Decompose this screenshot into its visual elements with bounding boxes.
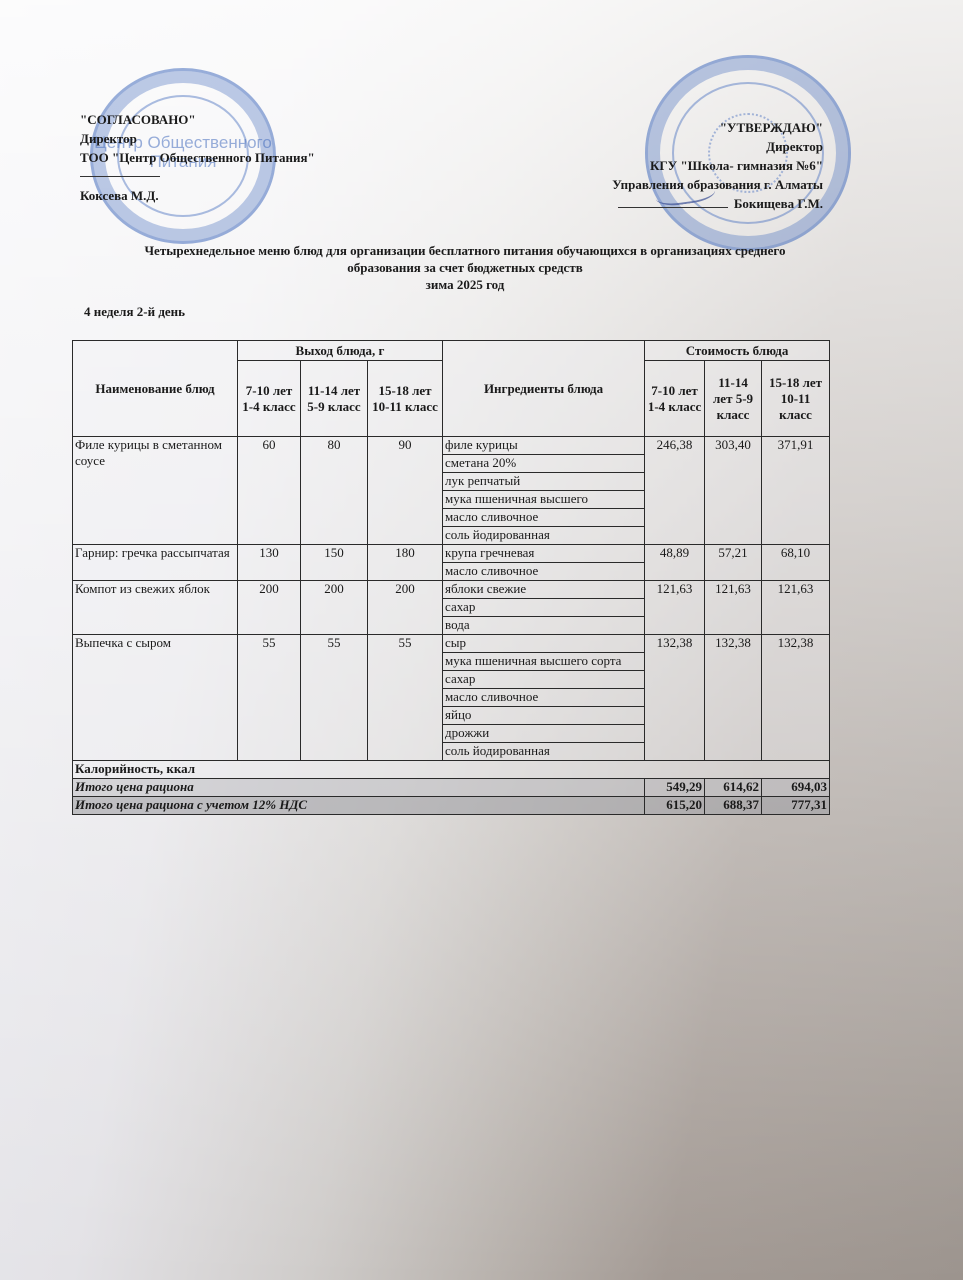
ingredient: масло сливочное — [443, 689, 645, 707]
ingredient: сахар — [443, 671, 645, 689]
dish-cost: 132,38 — [762, 635, 830, 761]
ingredient: сметана 20% — [443, 455, 645, 473]
dish-cost: 121,63 — [645, 581, 705, 635]
dish-yield: 180 — [368, 545, 443, 581]
total-label: Итого цена рациона — [73, 779, 645, 797]
header-yield-col: 15-18 лет 10-11 класс — [368, 361, 443, 437]
menu-table: Наименование блюд Выход блюда, г Ингреди… — [72, 340, 830, 815]
dish-name: Гарнир: гречка рассыпчатая — [73, 545, 238, 581]
ingredient: вода — [443, 617, 645, 635]
header-cost-col: 11-14 лет 5-9 класс — [705, 361, 762, 437]
total-value: 614,62 — [705, 779, 762, 797]
dish-name: Филе курицы в сметанном соусе — [73, 437, 238, 545]
calories-row: Калорийность, ккал — [73, 761, 830, 779]
approval-right-signatory: Бокищева Г.М. — [734, 196, 823, 211]
approval-left-heading: "СОГЛАСОВАНО" — [80, 110, 315, 129]
dish-yield: 200 — [368, 581, 443, 635]
dish-yield: 55 — [238, 635, 301, 761]
ingredient: масло сливочное — [443, 563, 645, 581]
dish-row: Выпечка с сыром555555сыр132,38132,38132,… — [73, 635, 830, 653]
approval-right-heading: "УТВЕРЖДАЮ" — [612, 118, 823, 137]
ingredient: филе курицы — [443, 437, 645, 455]
header-dish-name: Наименование блюд — [73, 341, 238, 437]
header-cost-group: Стоимость блюда — [645, 341, 830, 361]
dish-yield: 60 — [238, 437, 301, 545]
header-ingredients: Ингредиенты блюда — [443, 341, 645, 437]
dish-cost: 132,38 — [705, 635, 762, 761]
total-vat-label: Итого цена рациона с учетом 12% НДС — [73, 797, 645, 815]
total-vat-value: 688,37 — [705, 797, 762, 815]
total-vat-row: Итого цена рациона с учетом 12% НДС 615,… — [73, 797, 830, 815]
title-line-2: образования за счет бюджетных средств — [80, 259, 850, 276]
total-value: 694,03 — [762, 779, 830, 797]
signature-line — [618, 207, 728, 208]
ingredient: дрожжи — [443, 725, 645, 743]
total-row: Итого цена рациона 549,29 614,62 694,03 — [73, 779, 830, 797]
dish-cost: 371,91 — [762, 437, 830, 545]
title-line-1: Четырехнедельное меню блюд для организац… — [80, 242, 850, 259]
approval-right-position: Директор — [612, 137, 823, 156]
dish-yield: 55 — [368, 635, 443, 761]
signature-line — [80, 176, 160, 177]
dish-cost: 246,38 — [645, 437, 705, 545]
dish-cost: 121,63 — [762, 581, 830, 635]
dish-row: Компот из свежих яблок200200200яблоки св… — [73, 581, 830, 599]
header-yield-group: Выход блюда, г — [238, 341, 443, 361]
header-yield-col: 11-14 лет 5-9 класс — [301, 361, 368, 437]
dish-yield: 200 — [301, 581, 368, 635]
approval-right-department: Управления образования г. Алматы — [612, 175, 823, 194]
ingredient: мука пшеничная высшего — [443, 491, 645, 509]
dish-yield: 90 — [368, 437, 443, 545]
total-vat-value: 777,31 — [762, 797, 830, 815]
document-title: Четырехнедельное меню блюд для организац… — [80, 242, 850, 293]
approval-right-organization: КГУ "Школа- гимназия №6" — [612, 156, 823, 175]
header-yield-col: 7-10 лет 1-4 класс — [238, 361, 301, 437]
approval-left-signatory: Коксева М.Д. — [80, 186, 315, 205]
dish-yield: 80 — [301, 437, 368, 545]
dish-yield: 130 — [238, 545, 301, 581]
dish-cost: 121,63 — [705, 581, 762, 635]
dish-yield: 150 — [301, 545, 368, 581]
ingredient: сахар — [443, 599, 645, 617]
ingredient: масло сливочное — [443, 509, 645, 527]
dish-row: Филе курицы в сметанном соусе608090филе … — [73, 437, 830, 455]
dish-name: Выпечка с сыром — [73, 635, 238, 761]
total-value: 549,29 — [645, 779, 705, 797]
week-day-label: 4 неделя 2-й день — [84, 304, 185, 320]
title-line-3: зима 2025 год — [80, 276, 850, 293]
header-cost-col: 15-18 лет 10-11 класс — [762, 361, 830, 437]
total-vat-value: 615,20 — [645, 797, 705, 815]
ingredient: соль йодированная — [443, 743, 645, 761]
dish-cost: 48,89 — [645, 545, 705, 581]
approval-block-right: "УТВЕРЖДАЮ" Директор КГУ "Школа- гимнази… — [612, 118, 823, 213]
ingredient: яйцо — [443, 707, 645, 725]
ingredient: лук репчатый — [443, 473, 645, 491]
dish-name: Компот из свежих яблок — [73, 581, 238, 635]
dish-yield: 55 — [301, 635, 368, 761]
ingredient: сыр — [443, 635, 645, 653]
dish-cost: 57,21 — [705, 545, 762, 581]
header-cost-col: 7-10 лет 1-4 класс — [645, 361, 705, 437]
dish-cost: 303,40 — [705, 437, 762, 545]
ingredient: яблоки свежие — [443, 581, 645, 599]
menu-table-body: Филе курицы в сметанном соусе608090филе … — [73, 437, 830, 761]
dish-cost: 68,10 — [762, 545, 830, 581]
approval-left-organization: ТОО "Центр Общественного Питания" — [80, 148, 315, 167]
dish-row: Гарнир: гречка рассыпчатая130150180крупа… — [73, 545, 830, 563]
dish-yield: 200 — [238, 581, 301, 635]
calories-label: Калорийность, ккал — [73, 761, 830, 779]
dish-cost: 132,38 — [645, 635, 705, 761]
approval-left-position: Директор — [80, 129, 315, 148]
ingredient: крупа гречневая — [443, 545, 645, 563]
approval-block-left: "СОГЛАСОВАНО" Директор ТОО "Центр Общест… — [80, 110, 315, 205]
ingredient: мука пшеничная высшего сорта — [443, 653, 645, 671]
ingredient: соль йодированная — [443, 527, 645, 545]
